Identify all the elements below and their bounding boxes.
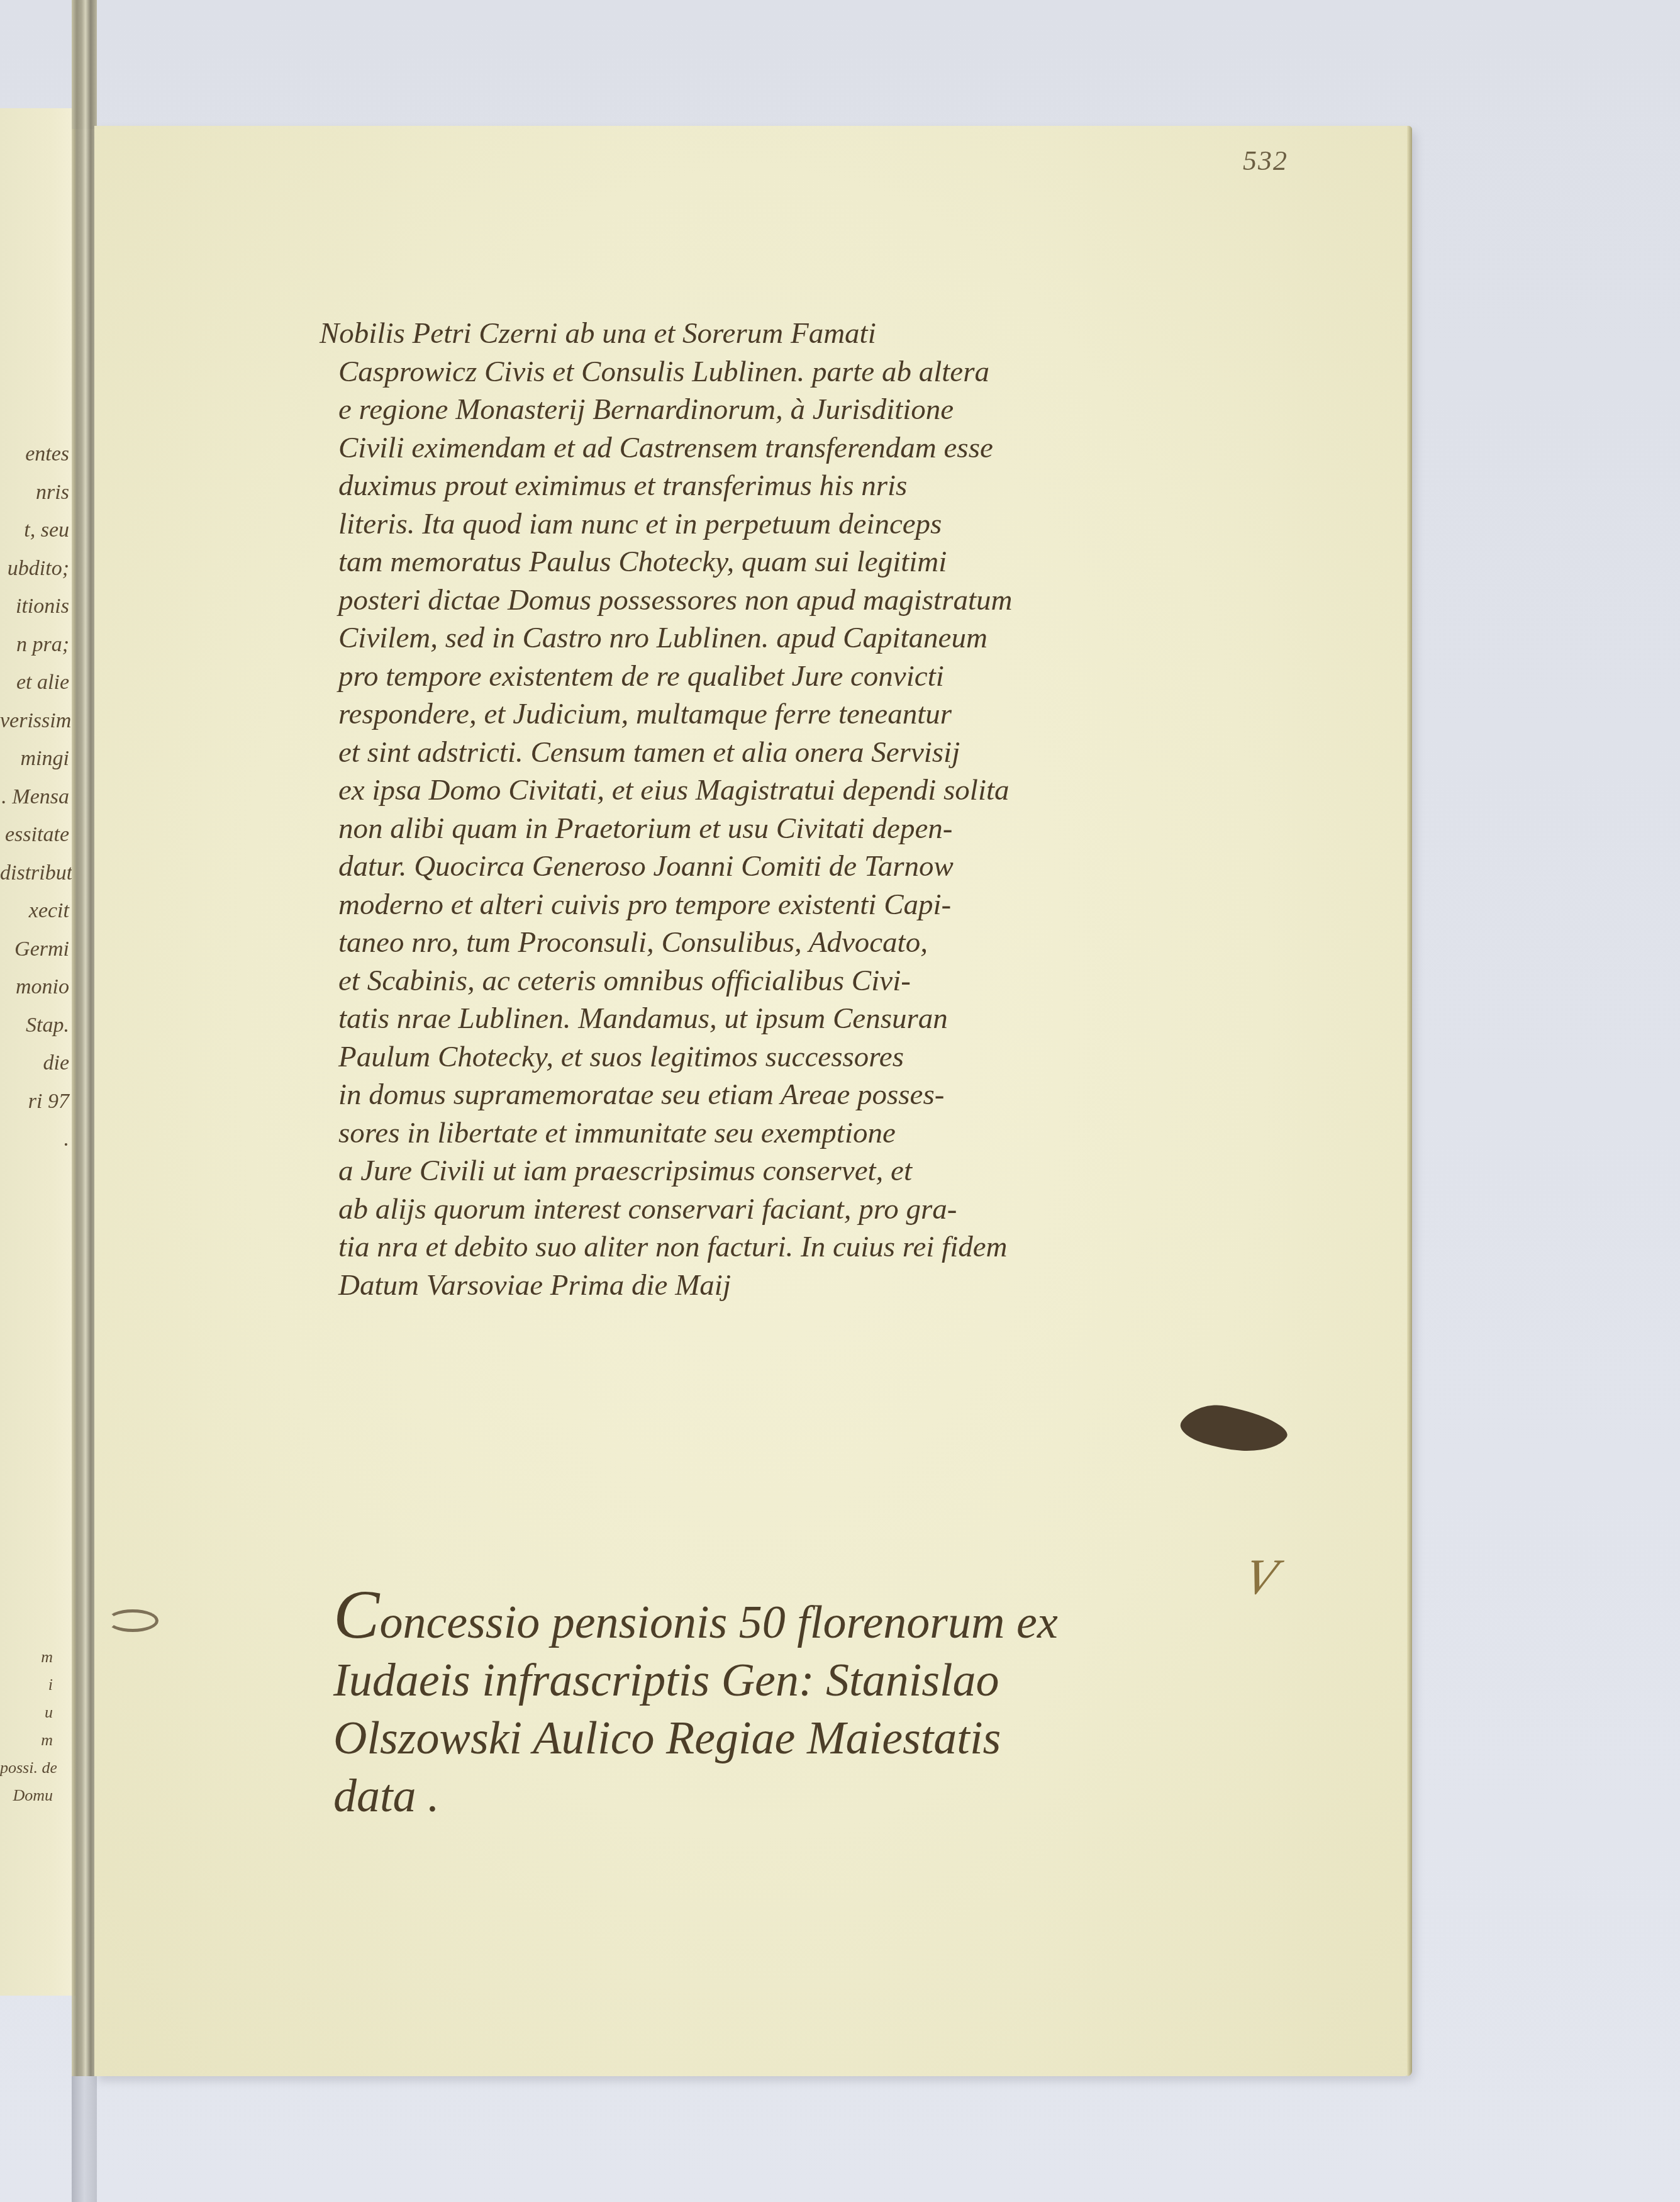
text-line: tia nra et debito suo aliter non facturi…: [338, 1228, 1489, 1266]
ink-blot: [1172, 1399, 1296, 1460]
facing-page-line: die: [43, 1051, 69, 1075]
facing-page-line: n pra;: [16, 633, 69, 656]
binding-thread-mark: [107, 1609, 159, 1632]
facing-page-line: xecit: [29, 899, 69, 922]
facing-page-lower-fragments: m i u m possi. det Domu: [0, 1643, 57, 1809]
heading-line: Iudaeis infrascriptis Gen: Stanislao: [333, 1651, 1277, 1709]
manuscript-page-recto: 532 Nobilis Petri Czerni ab una et Sorer…: [94, 126, 1412, 2076]
facing-page-line: monio: [16, 975, 69, 998]
facing-page-line: essitate: [5, 823, 69, 846]
text-line: in domus supramemoratae seu etiam Areae …: [338, 1076, 1489, 1114]
facing-page-line: possi. det: [0, 1758, 57, 1777]
facing-page-text-fragments: entes nris t, seu ubdito; itionis n pra;…: [0, 435, 74, 1159]
facing-page-line: Stap.: [26, 1014, 69, 1037]
text-line: respondere, et Judicium, multamque ferre…: [338, 695, 1489, 734]
facing-page-line: t, seu: [24, 518, 69, 542]
text-line: sores in libertate et immunitate seu exe…: [338, 1114, 1489, 1153]
text-line: literis. Ita quod iam nunc et in perpetu…: [338, 505, 1489, 544]
text-line: datur. Quocirca Generoso Joanni Comiti d…: [338, 847, 1489, 886]
facing-page-line: mingi: [21, 747, 69, 770]
text-line: taneo nro, tum Proconsuli, Consulibus, A…: [338, 924, 1489, 962]
heading-line: Olszowski Aulico Regiae Maiestatis: [333, 1709, 1277, 1767]
facing-page-line: Germi: [14, 937, 69, 961]
text-line: et Scabinis, ac ceteris omnibus official…: [338, 962, 1489, 1000]
text-line: a Jure Civili ut iam praescripsimus cons…: [338, 1152, 1489, 1190]
facing-page-line: i: [48, 1675, 53, 1694]
text-line: Datum Varsoviae Prima die Maij: [338, 1266, 1489, 1305]
facing-page-line: entes: [25, 442, 69, 466]
text-line: posteri dictae Domus possessores non apu…: [338, 581, 1489, 620]
facing-page-line: m: [41, 1731, 53, 1749]
text-line: et sint adstricti. Censum tamen et alia …: [338, 734, 1489, 772]
facing-page-line: nris: [36, 481, 69, 504]
text-line: Civilem, sed in Castro nro Lublinen. apu…: [338, 619, 1489, 657]
facing-page-line: ubdito;: [8, 557, 69, 580]
text-line: moderno et alteri cuivis pro tempore exi…: [338, 886, 1489, 924]
text-line: duximus prout eximimus et transferimus h…: [338, 467, 1489, 505]
heading-line: Concessio pensionis 50 florenorum ex: [333, 1585, 1277, 1651]
facing-page-line: Domu: [13, 1786, 53, 1804]
text-line: e regione Monasterij Bernardinorum, à Ju…: [338, 391, 1489, 429]
facing-page-verso: entes nris t, seu ubdito; itionis n pra;…: [0, 108, 74, 1996]
text-line: ex ipsa Domo Civitati, et eius Magistrat…: [338, 771, 1489, 810]
facing-page-line: u: [45, 1703, 53, 1721]
facing-page-line: .: [64, 1127, 70, 1151]
facing-page-line: et alie: [16, 671, 69, 694]
facing-page-line: itionis: [16, 595, 69, 618]
facing-page-line: . Mensa: [1, 785, 69, 808]
folio-number: 532: [1243, 145, 1288, 177]
text-line: Civili eximendam et ad Castrensem transf…: [338, 429, 1489, 467]
facing-page-line: distribut: [0, 861, 72, 885]
text-line: tatis nrae Lublinen. Mandamus, ut ipsum …: [338, 1000, 1489, 1038]
text-line: ab alijs quorum interest conservari faci…: [338, 1190, 1489, 1229]
text-line: non alibi quam in Praetorium et usu Civi…: [338, 810, 1489, 848]
text-line: tam memoratus Paulus Chotecky, quam sui …: [338, 543, 1489, 581]
charter-text-block: Nobilis Petri Czerni ab una et Sorerum F…: [338, 315, 1489, 1304]
text-line: pro tempore existentem de re qualibet Ju…: [338, 657, 1489, 696]
glass-strip-bottom: [72, 2076, 97, 2202]
book-gutter-glass-strip: [72, 0, 97, 2202]
facing-page-line: ri 97: [28, 1090, 69, 1113]
facing-page-line: verissimi: [0, 709, 74, 732]
facing-page-line: m: [41, 1648, 53, 1666]
entry-heading: Concessio pensionis 50 florenorum ex Iud…: [333, 1585, 1277, 1825]
text-line: Paulum Chotecky, et suos legitimos succe…: [338, 1038, 1489, 1076]
text-line: Nobilis Petri Czerni ab una et Sorerum F…: [338, 315, 1489, 353]
text-line: Casprowicz Civis et Consulis Lublinen. p…: [338, 353, 1489, 391]
heading-line: data .: [333, 1767, 1277, 1825]
